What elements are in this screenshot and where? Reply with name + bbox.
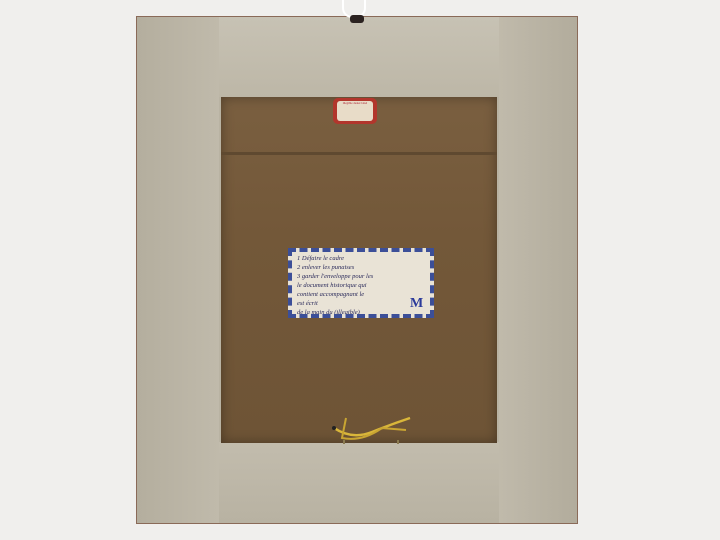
frame-top-board — [219, 17, 499, 97]
label-line: de la main du (illegible) — [297, 308, 425, 317]
label-mark: M — [410, 296, 423, 312]
gold-cord — [332, 414, 412, 444]
label-line: contient accompagnant le — [297, 290, 425, 299]
label-line: 2 enlever les punaises — [297, 263, 425, 272]
dealer-seal: illegible dealer label — [333, 98, 377, 124]
seal-text: illegible dealer label — [337, 101, 373, 121]
hanging-hook — [350, 15, 364, 23]
frame-right-board — [499, 17, 577, 523]
label-line: le document historique qui — [297, 281, 425, 290]
frame-bottom-board — [219, 442, 499, 523]
frame-left-board — [137, 17, 219, 523]
label-line: 3 garder l'enveloppe pour les — [297, 272, 425, 281]
label-line: 1 Défaire le cadre — [297, 254, 425, 263]
label-line: est écrit — [297, 299, 425, 308]
